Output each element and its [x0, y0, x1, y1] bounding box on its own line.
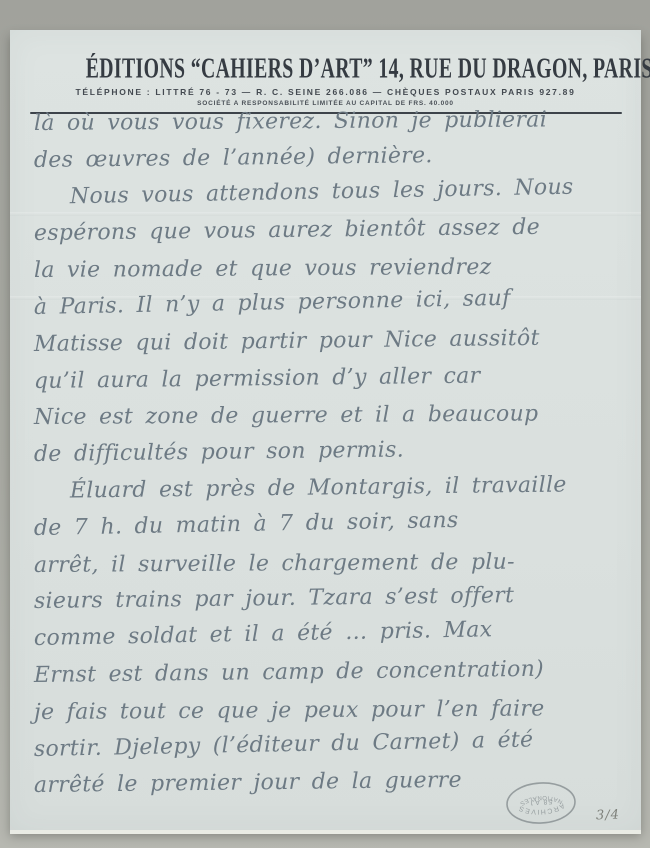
handwritten-body: là où vous vous fixerez. Sinon je publie…: [34, 106, 631, 805]
pencil-page-number: 3/4: [596, 808, 620, 824]
handwritten-line: qu’il aura la permission d’y aller car: [34, 356, 631, 400]
scanned-letter-page: ÉDITIONS “CAHIERS D’ART” 14, RUE DU DRAG…: [0, 0, 650, 848]
letterhead-title-text: ÉDITIONS “CAHIERS D’ART” 14, RUE DU DRAG…: [86, 53, 650, 84]
handwritten-line: espérons que vous aurez bientôt assez de: [34, 209, 631, 253]
letterhead: ÉDITIONS “CAHIERS D’ART” 14, RUE DU DRAG…: [10, 30, 641, 114]
letter-paper: ÉDITIONS “CAHIERS D’ART” 14, RUE DU DRAG…: [10, 30, 641, 830]
stamp-oval-icon: ARCHIVES 58 AJ NATIONALES: [503, 778, 579, 828]
letterhead-contact-line: TÉLÉPHONE : LITTRÉ 76 - 73 — R. C. SEINE…: [10, 87, 641, 97]
archives-nationales-stamp: ARCHIVES 58 AJ NATIONALES: [503, 778, 579, 828]
letterhead-title: ÉDITIONS “CAHIERS D’ART” 14, RUE DU DRAG…: [86, 53, 566, 85]
handwritten-line: Ernst est dans un camp de concentration): [34, 651, 631, 695]
